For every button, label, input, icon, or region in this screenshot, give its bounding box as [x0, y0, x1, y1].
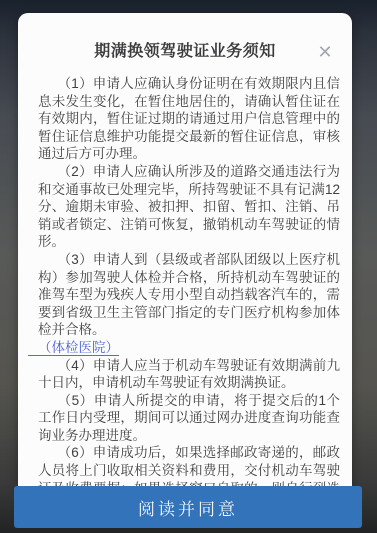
notice-paragraph-6: （6）申请成功后，如果选择邮政寄递的，邮政人员将上门收取相关资料和费用，交付机动… [38, 444, 340, 486]
notice-body: （1）申请人应确认身份证明在有效期限内且信息未发生变化，在暂住地居住的，请确认暂… [18, 75, 352, 486]
dialog-title: 期满换领驾驶证业务须知 [18, 38, 352, 61]
dim-overlay: 期满换领驾驶证业务须知 ✕ （1）申请人应确认身份证明在有效期限内且信息未发生变… [0, 0, 377, 533]
notice-paragraph-3: （3）申请人到（县级或者部队团级以上医疗机构）参加驾驶人体检并合格，所持机动车驾… [38, 251, 340, 339]
notice-paragraph-1: （1）申请人应确认身份证明在有效期限内且信息未发生变化，在暂住地居住的，请确认暂… [38, 75, 340, 163]
medical-link-line: （体检医院） [38, 339, 340, 357]
close-icon[interactable]: ✕ [314, 41, 336, 63]
read-and-agree-button[interactable]: 阅读并同意 [14, 486, 362, 528]
notice-dialog: 期满换领驾驶证业务须知 ✕ （1）申请人应确认身份证明在有效期限内且信息未发生变… [18, 13, 352, 486]
notice-paragraph-2: （2）申请人应确认所涉及的道路交通违法行为和交通事故已处理完毕，所持驾驶证不具有… [38, 163, 340, 251]
notice-paragraph-4: （4）申请人应当于机动车驾驶证有效期满前九十日内，申请机动车驾驶证有效期满换证。 [38, 357, 340, 392]
medical-exam-hospital-link[interactable]: （体检医院） [28, 340, 119, 356]
notice-paragraph-5: （5）申请人所提交的申请，将于提交后的1个工作日内受理，期间可以通过网办进度查询… [38, 392, 340, 445]
